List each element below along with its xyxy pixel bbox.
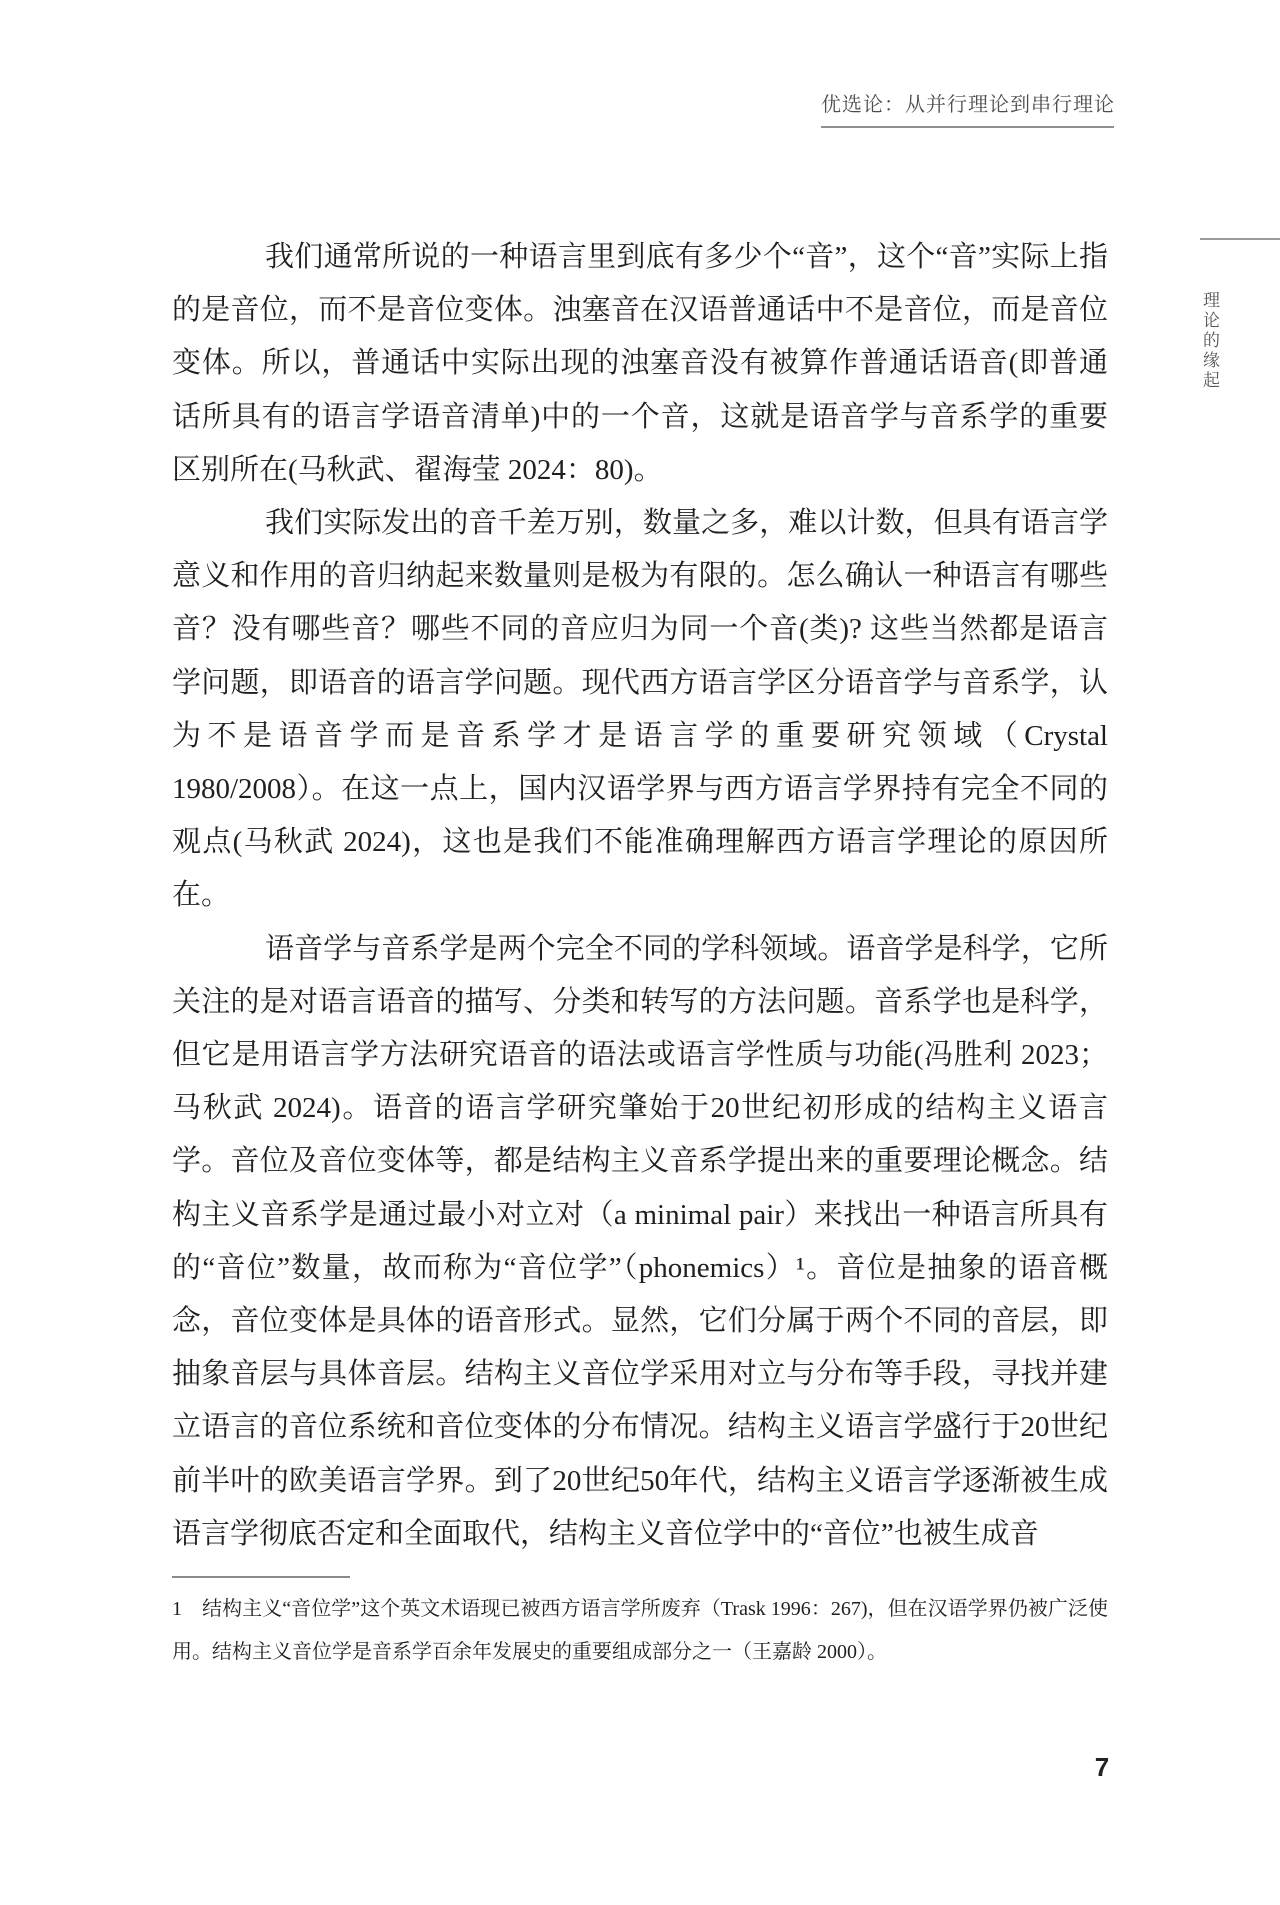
running-head: 优选论：从并行理论到串行理论 xyxy=(821,88,1114,128)
body-text: 我们通常所说的一种语言里到底有多少个“音”，这个“音”实际上指的是音位，而不是音… xyxy=(172,231,1108,1561)
body-paragraph-1: 我们通常所说的一种语言里到底有多少个“音”，这个“音”实际上指的是音位，而不是音… xyxy=(172,231,1108,497)
footnote: 1 结构主义“音位学”这个英文术语现已被西方语言学所废弃（Trask 1996：… xyxy=(172,1588,1108,1674)
footnote-divider xyxy=(172,1576,350,1578)
body-paragraph-3: 语音学与音系学是两个完全不同的学科领域。语音学是科学，它所关注的是对语言语音的描… xyxy=(172,923,1108,1561)
body-paragraph-2: 我们实际发出的音千差万别，数量之多，难以计数，但具有语言学意义和作用的音归纳起来… xyxy=(172,497,1108,923)
chapter-margin-label: 理论的缘起 xyxy=(1197,291,1222,391)
page-number: 7 xyxy=(1082,1752,1122,1783)
margin-divider xyxy=(1200,238,1280,240)
book-page: 优选论：从并行理论到串行理论 理论的缘起 我们通常所说的一种语言里到底有多少个“… xyxy=(0,0,1280,1905)
